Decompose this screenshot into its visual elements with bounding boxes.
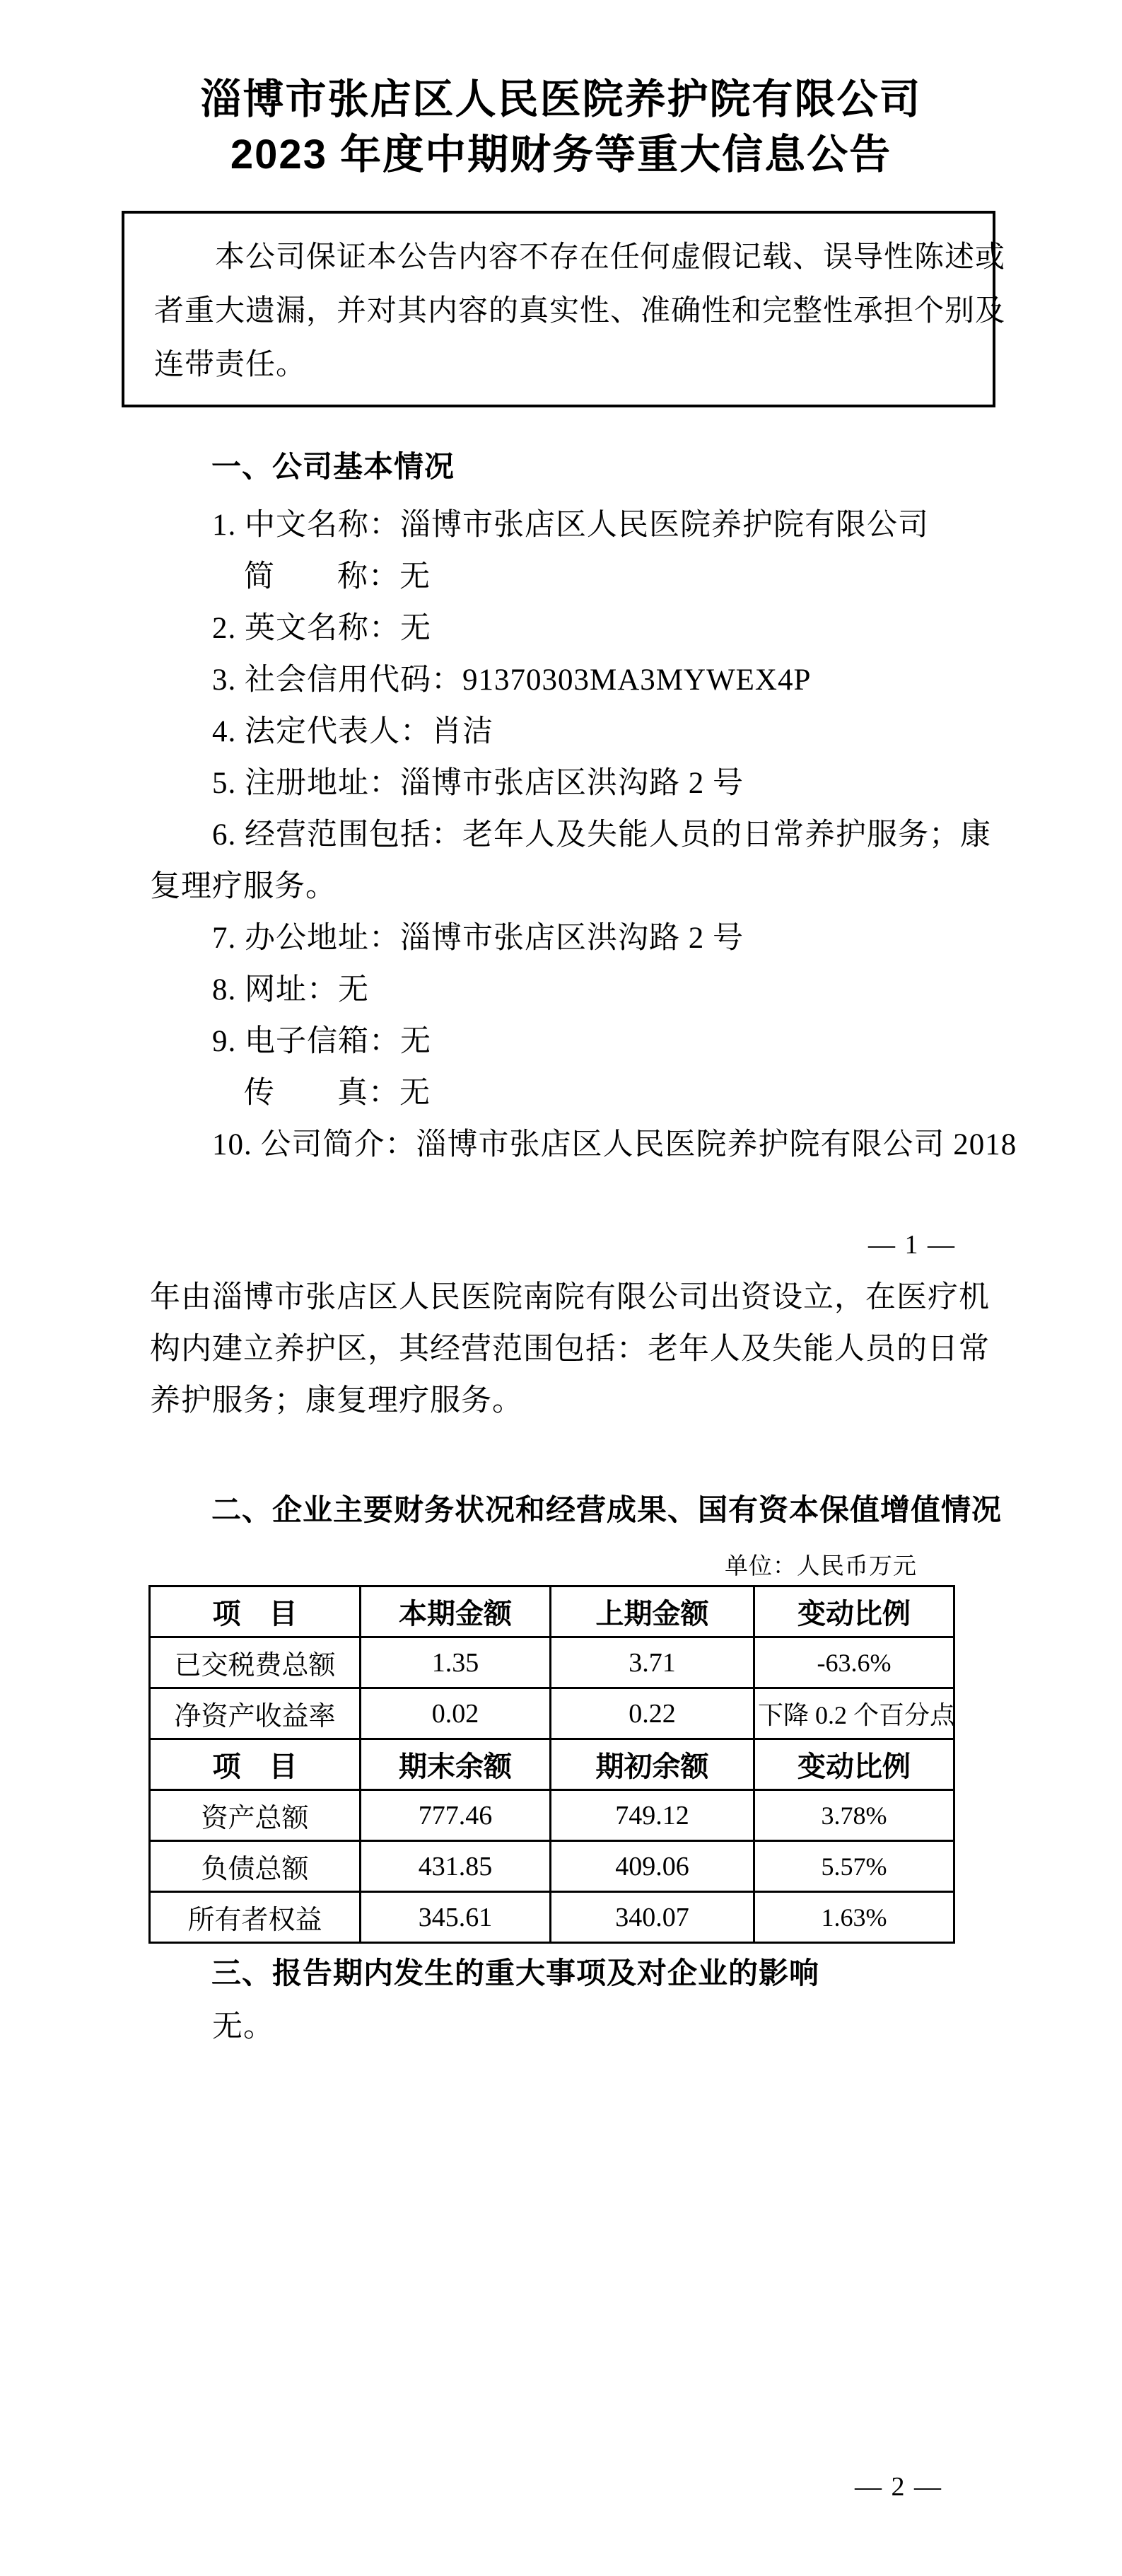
company-info-line: 2. 英文名称：无 [150, 603, 1041, 654]
disclaimer-line: 本公司保证本公告内容不存在任何虚假记载、误导性陈述或 [154, 231, 983, 284]
section3-body: 无。 [212, 2004, 274, 2050]
company-info-line: 9. 电子信箱：无 [150, 1016, 1041, 1067]
cell-item: 负债总额 [150, 1841, 361, 1892]
continuation-line: 年由淄博市张店区人民医院南院有限公司出资设立，在医疗机 [150, 1272, 1041, 1323]
company-info-line: 5. 注册地址：淄博市张店区洪沟路 2 号 [150, 758, 1041, 809]
cell-prior: 3.71 [551, 1637, 754, 1688]
cell-item: 净资产收益率 [150, 1688, 361, 1739]
table-row: 所有者权益 345.61 340.07 1.63% [150, 1892, 954, 1943]
cell-prior: 340.07 [551, 1892, 754, 1943]
disclaimer-line: 连带责任。 [154, 338, 983, 392]
cell-item: 所有者权益 [150, 1892, 361, 1943]
table-row: 项 目 本期金额 上期金额 变动比例 [150, 1586, 954, 1637]
table-row: 项 目 期末余额 期初余额 变动比例 [150, 1739, 954, 1790]
cell-item: 项 目 [150, 1586, 361, 1637]
cell-current: 777.46 [361, 1790, 551, 1841]
cell-current: 0.02 [361, 1688, 551, 1739]
cell-item: 资产总额 [150, 1790, 361, 1841]
table-row: 已交税费总额 1.35 3.71 -63.6% [150, 1637, 954, 1688]
cell-current: 1.35 [361, 1637, 551, 1688]
cell-change: 3.78% [754, 1790, 954, 1841]
document-title: 淄博市张店区人民医院养护院有限公司 2023 年度中期财务等重大信息公告 [0, 72, 1122, 182]
cell-change: 5.57% [754, 1841, 954, 1892]
page-number-1: — 1 — [868, 1222, 956, 1268]
company-info-line: 简 称：无 [150, 551, 1041, 603]
cell-current: 345.61 [361, 1892, 551, 1943]
cell-prior: 期初余额 [551, 1739, 754, 1790]
section3-heading: 三、报告期内发生的重大事项及对企业的影响 [211, 1952, 819, 1995]
page-number-2: — 2 — [855, 2464, 942, 2510]
company-info-line: 传 真：无 [150, 1067, 1041, 1119]
title-line-1: 淄博市张店区人民医院养护院有限公司 [0, 72, 1122, 127]
section1-continuation: 年由淄博市张店区人民医院南院有限公司出资设立，在医疗机 构内建立养护区，其经营范… [150, 1272, 1041, 1427]
table-row: 资产总额 777.46 749.12 3.78% [150, 1790, 954, 1841]
cell-current: 期末余额 [361, 1739, 551, 1790]
cell-current: 本期金额 [361, 1586, 551, 1637]
table-row: 负债总额 431.85 409.06 5.57% [150, 1841, 954, 1892]
cell-change: 1.63% [754, 1892, 954, 1943]
company-info-line: 1. 中文名称：淄博市张店区人民医院养护院有限公司 [150, 499, 1041, 551]
cell-current: 431.85 [361, 1841, 551, 1892]
cell-change: 变动比例 [754, 1586, 954, 1637]
continuation-line: 养护服务；康复理疗服务。 [150, 1375, 1041, 1427]
table-row: 净资产收益率 0.02 0.22 下降 0.2 个百分点 [150, 1688, 954, 1739]
financial-table: 项 目 本期金额 上期金额 变动比例 已交税费总额 1.35 3.71 -63.… [148, 1585, 955, 1944]
company-info-line: 复理疗服务。 [150, 861, 1041, 912]
company-info-line: 3. 社会信用代码：91370303MA3MYWEX4P [150, 654, 1041, 706]
disclaimer-line: 者重大遗漏，并对其内容的真实性、准确性和完整性承担个别及 [154, 284, 983, 338]
cell-prior: 749.12 [551, 1790, 754, 1841]
cell-item: 项 目 [150, 1739, 361, 1790]
cell-item: 已交税费总额 [150, 1637, 361, 1688]
company-info-line: 8. 网址：无 [150, 964, 1041, 1016]
company-info-line: 10. 公司简介：淄博市张店区人民医院养护院有限公司 2018 [150, 1119, 1041, 1171]
section2-heading: 二、企业主要财务状况和经营成果、国有资本保值增值情况 [211, 1489, 1002, 1531]
unit-label: 单位：人民币万元 [725, 1550, 917, 1583]
cell-prior: 上期金额 [551, 1586, 754, 1637]
company-info-line: 6. 经营范围包括：老年人及失能人员的日常养护服务；康 [150, 809, 1041, 861]
document-page: 淄博市张店区人民医院养护院有限公司 2023 年度中期财务等重大信息公告 本公司… [0, 0, 1122, 2576]
company-info-line: 4. 法定代表人：肖洁 [150, 706, 1041, 758]
cell-prior: 0.22 [551, 1688, 754, 1739]
cell-change: 变动比例 [754, 1739, 954, 1790]
cell-change: 下降 0.2 个百分点 [754, 1688, 954, 1739]
section1-body: 1. 中文名称：淄博市张店区人民医院养护院有限公司 简 称：无 2. 英文名称：… [150, 499, 1041, 1171]
title-line-2: 2023 年度中期财务等重大信息公告 [0, 127, 1122, 182]
cell-prior: 409.06 [551, 1841, 754, 1892]
disclaimer-box: 本公司保证本公告内容不存在任何虚假记载、误导性陈述或 者重大遗漏，并对其内容的真… [122, 211, 995, 407]
continuation-line: 构内建立养护区，其经营范围包括：老年人及失能人员的日常 [150, 1323, 1041, 1375]
cell-change: -63.6% [754, 1637, 954, 1688]
section1-heading: 一、公司基本情况 [211, 446, 455, 488]
company-info-line: 7. 办公地址：淄博市张店区洪沟路 2 号 [150, 912, 1041, 964]
